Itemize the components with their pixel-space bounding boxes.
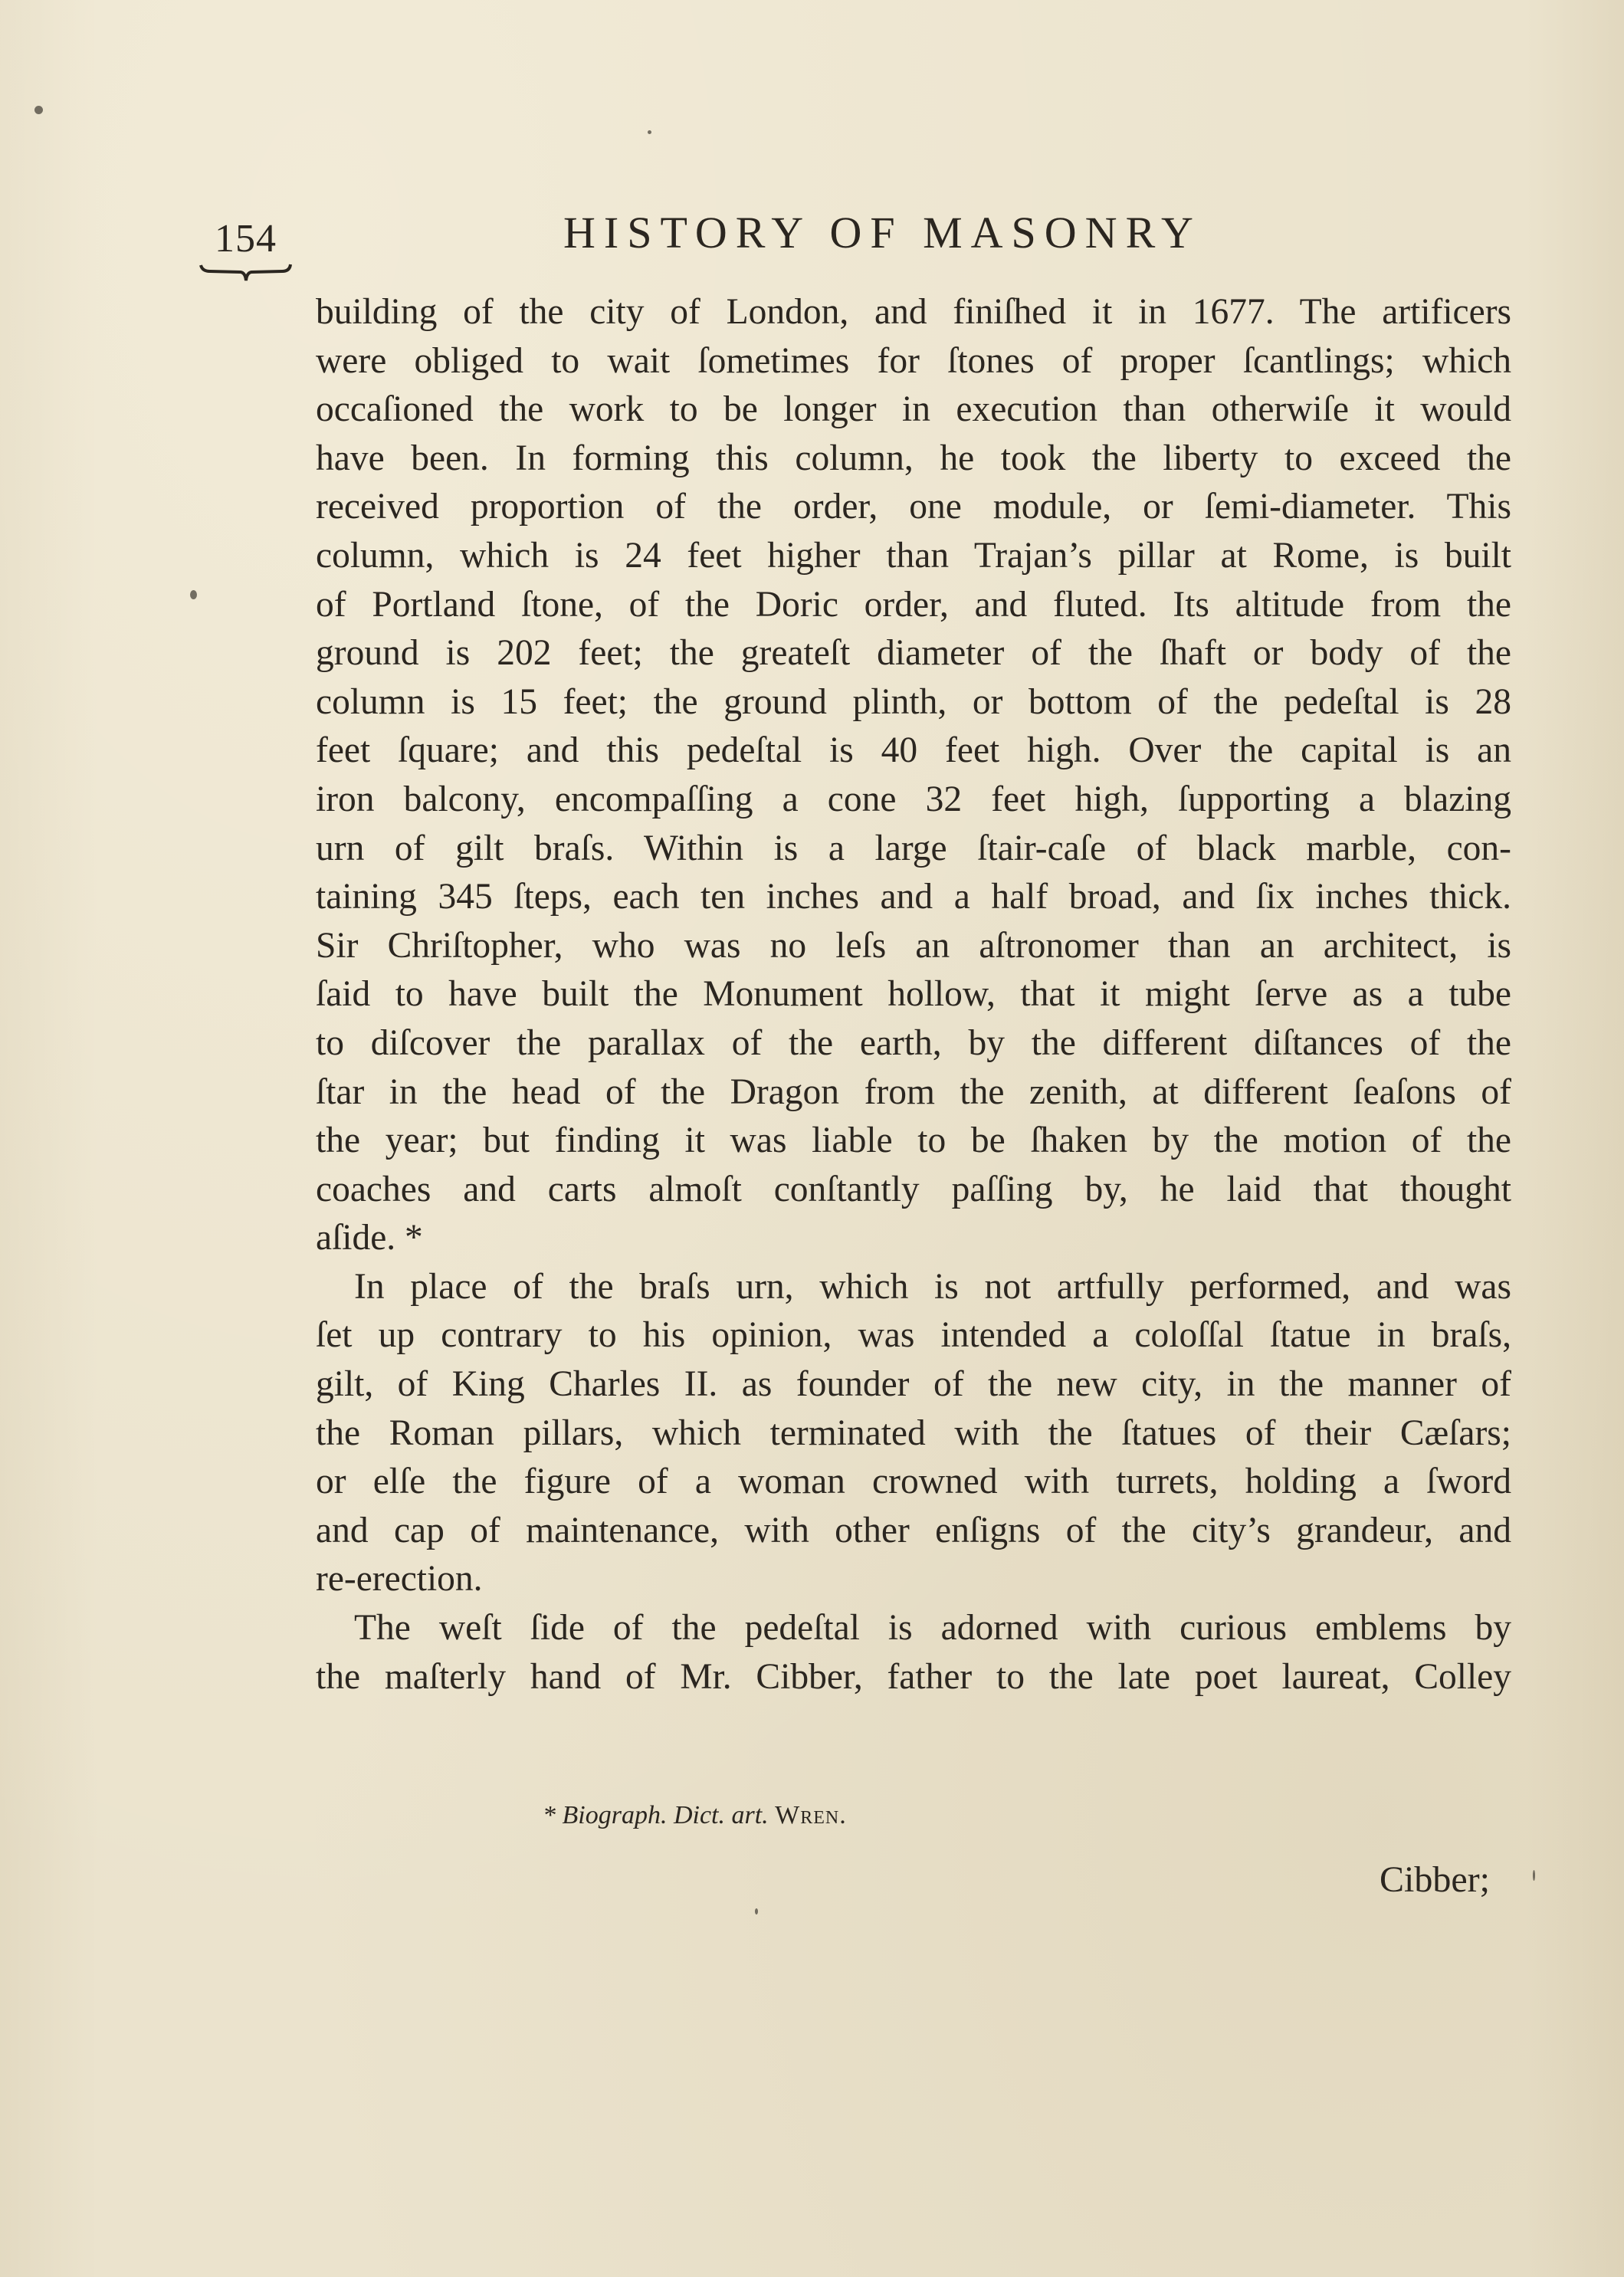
paragraph: In place of the braſs urn, which is not … [316, 1263, 1511, 1604]
text-line: were obliged to wait ſometimes for ſtone… [316, 337, 1511, 386]
brace-ornament-icon [198, 262, 294, 285]
text-line: iron balcony, encompaſſing a cone 32 fee… [316, 776, 1511, 825]
text-line: ground is 202 feet; the greateſt diamete… [316, 629, 1511, 678]
footnote: * Biograph. Dict. art. Wren. [543, 1801, 847, 1830]
text-line: building of the city of London, and fini… [316, 288, 1511, 337]
paper-speck [755, 1908, 758, 1914]
text-line: received proportion of the order, one mo… [316, 483, 1511, 532]
text-line: urn of gilt braſs. Within is a large ſta… [316, 825, 1511, 874]
text-line: column is 15 feet; the ground plinth, or… [316, 678, 1511, 727]
text-line: to diſcover the parallax of the earth, b… [316, 1019, 1511, 1068]
paragraph: building of the city of London, and fini… [316, 288, 1511, 1263]
paper-speck [190, 590, 197, 599]
page-number: 154 [215, 216, 277, 261]
text-line: and cap of maintenance, with other enſig… [316, 1507, 1511, 1556]
text-line: the Roman pillars, which terminated with… [316, 1409, 1511, 1458]
text-line: taining 345 ſteps, each ten inches and a… [316, 873, 1511, 922]
text-line: or elſe the figure of a woman crowned wi… [316, 1458, 1511, 1507]
text-line: ſet up contrary to his opinion, was inte… [316, 1311, 1511, 1360]
body-text: building of the city of London, and fini… [316, 288, 1511, 1701]
footnote-marker: * [543, 1801, 556, 1829]
text-line: occaſioned the work to be longer in exec… [316, 386, 1511, 435]
text-line: have been. In forming this column, he to… [316, 435, 1511, 484]
text-line: coaches and carts almoſt conſtantly paſſ… [316, 1166, 1511, 1215]
text-line: the maſterly hand of Mr. Cibber, father … [316, 1653, 1511, 1702]
running-head: 154 HISTORY OF MASONRY [0, 207, 1624, 268]
text-line: In place of the braſs urn, which is not … [316, 1263, 1511, 1312]
catchword: Cibber; [1380, 1859, 1490, 1901]
text-line: re-erection. [316, 1555, 1511, 1604]
paper-speck [1533, 1870, 1535, 1881]
text-line: The weſt ſide of the pedeſtal is adorned… [316, 1604, 1511, 1653]
paper-speck [648, 130, 651, 134]
footnote-name: Wren. [775, 1801, 847, 1829]
text-line: Sir Chriſtopher, who was no leſs an aſtr… [316, 922, 1511, 971]
footnote-citation: Biograph. Dict. art. [563, 1801, 769, 1829]
text-line: gilt, of King Charles II. as founder of … [316, 1360, 1511, 1409]
text-line: ſtar in the head of the Dragon from the … [316, 1068, 1511, 1117]
book-page: 154 HISTORY OF MASONRY building of the c… [0, 0, 1624, 2277]
running-title: HISTORY OF MASONRY [563, 207, 1202, 258]
text-line: the year; but finding it was liable to b… [316, 1117, 1511, 1166]
text-line: aſide. * [316, 1214, 1511, 1263]
text-line: ſaid to have built the Monument hollow, … [316, 970, 1511, 1019]
paper-speck [34, 106, 43, 114]
text-line: feet ſquare; and this pedeſtal is 40 fee… [316, 727, 1511, 776]
text-line: column, which is 24 feet higher than Tra… [316, 532, 1511, 581]
paragraph: The weſt ſide of the pedeſtal is adorned… [316, 1604, 1511, 1701]
text-line: of Portland ſtone, of the Doric order, a… [316, 581, 1511, 630]
